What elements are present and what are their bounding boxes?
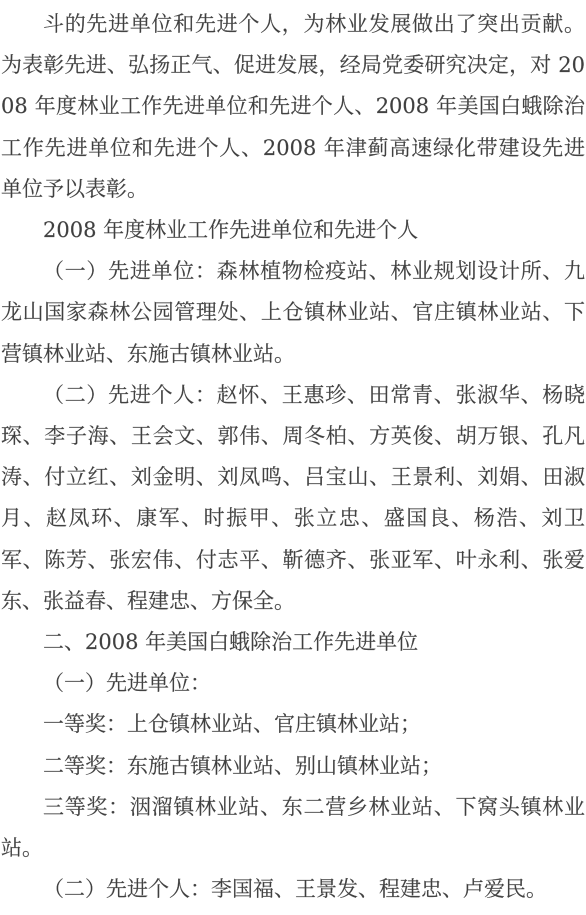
paragraph-advanced-units-forestry: （一）先进单位：森林植物检疫站、林业规划设计所、九龙山国家森林公园管理处、上仓镇… xyxy=(1,251,585,375)
paragraph-advanced-individuals-webworm: （二）先进个人：李国福、王景发、程建忠、卢爱民。 xyxy=(1,869,585,910)
paragraph-intro-commendation: 斗的先进单位和先进个人，为林业发展做出了突出贡献。为表彰先进、弘扬正气、促进发展… xyxy=(1,4,585,210)
document-page: 斗的先进单位和先进个人，为林业发展做出了突出贡献。为表彰先进、弘扬正气、促进发展… xyxy=(0,0,586,915)
paragraph-second-prize: 二等奖：东施古镇林业站、别山镇林业站； xyxy=(1,746,585,787)
heading-forestry-work-awards-2008: 2008 年度林业工作先进单位和先进个人 xyxy=(1,210,585,251)
paragraph-third-prize: 三等奖：洇溜镇林业站、东二营乡林业站、下窝头镇林业站。 xyxy=(1,787,585,869)
heading-fall-webworm-control-awards-2008: 二、2008 年美国白蛾除治工作先进单位 xyxy=(1,622,585,663)
paragraph-advanced-units-label: （一）先进单位： xyxy=(1,663,585,704)
paragraph-first-prize: 一等奖：上仓镇林业站、官庄镇林业站； xyxy=(1,704,585,745)
paragraph-advanced-individuals-forestry: （二）先进个人：赵怀、王惠珍、田常青、张淑华、杨晓琛、李子海、王会文、郭伟、周冬… xyxy=(1,375,585,622)
